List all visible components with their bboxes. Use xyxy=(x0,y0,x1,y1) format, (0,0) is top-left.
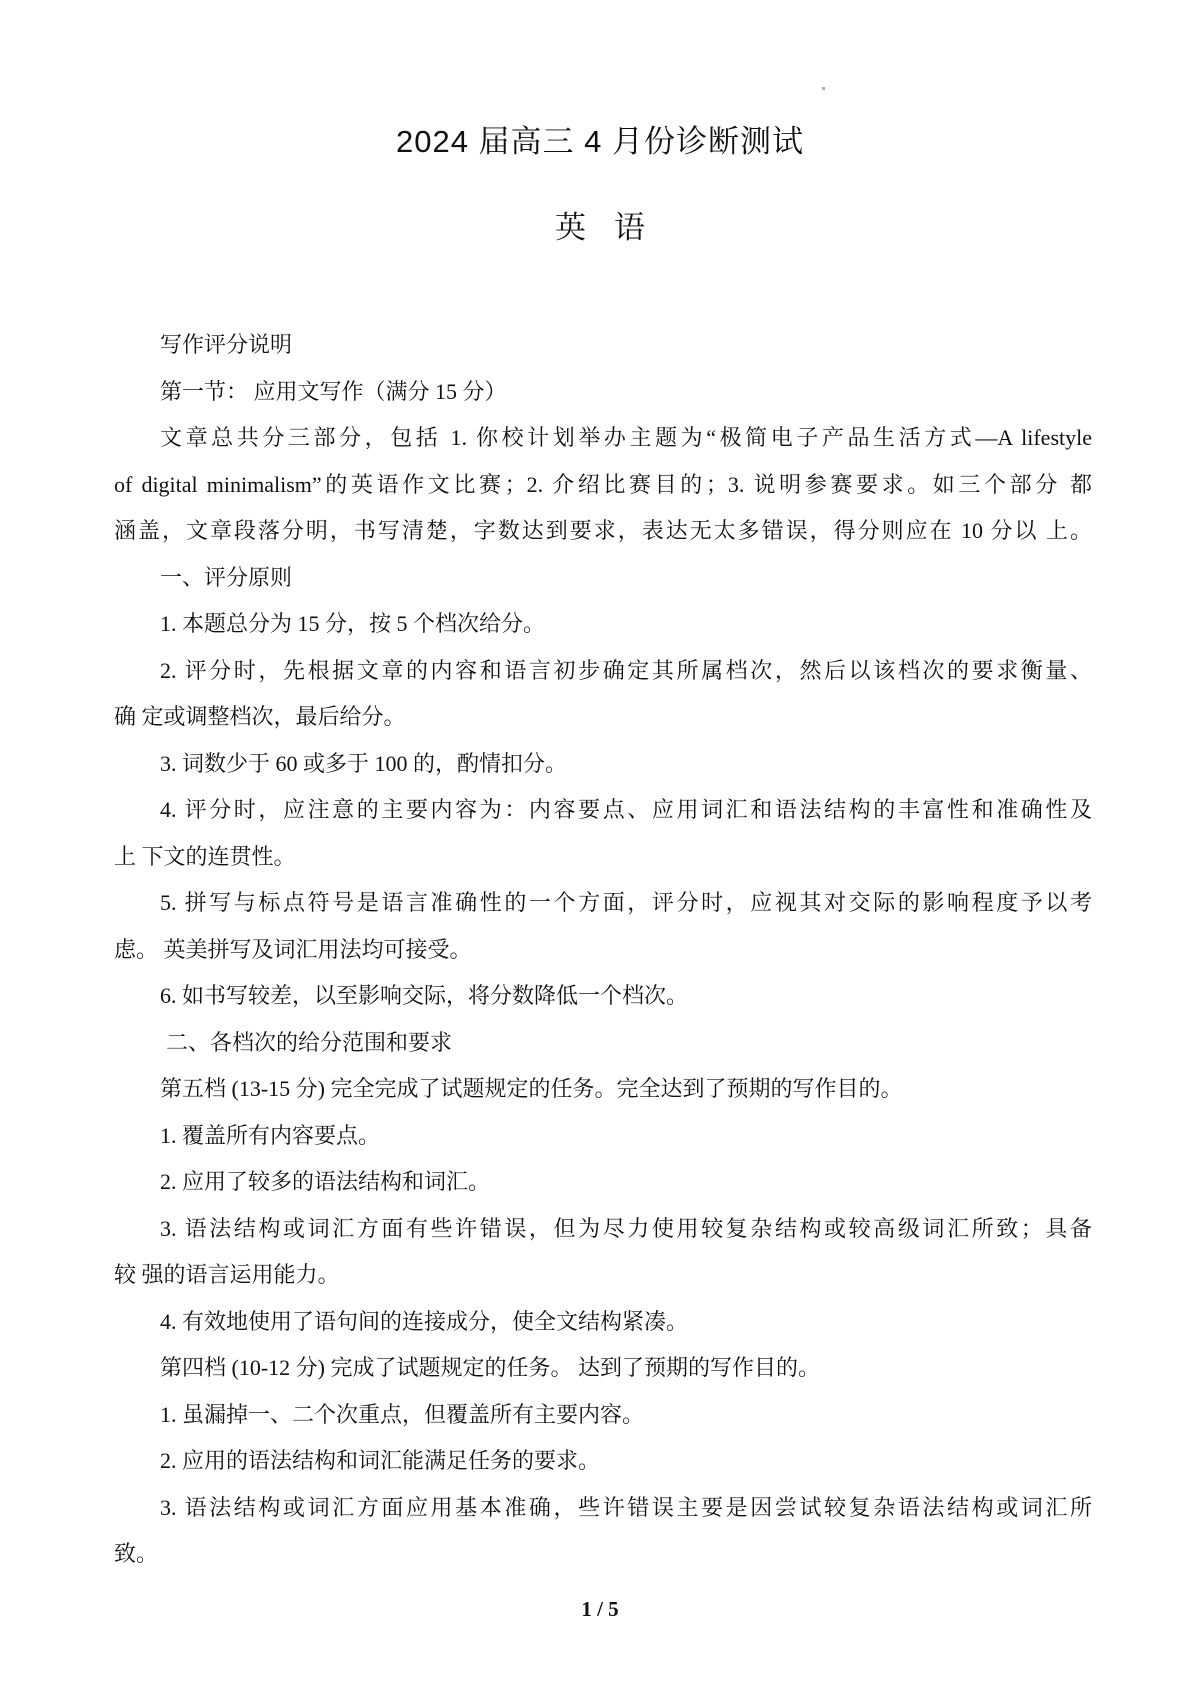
document-page: 2024 届高三 4 月份诊断测试 英语 写作评分说明 第一节： 应用文写作（满… xyxy=(0,0,1200,1698)
intro-line-3: 涵盖，文章段落分明，书写清楚，字数达到要求，表达无太多错误，得分则应在 10 分… xyxy=(114,508,1092,555)
level-5-item-continued: 较 强的语言运用能力。 xyxy=(114,1252,1092,1299)
page-number: 1 / 5 xyxy=(0,1596,1200,1622)
principle-item-continued: 虑。 英美拼写及词汇用法均可接受。 xyxy=(114,927,1092,974)
principle-item: 6. 如书写较差，以至影响交际，将分数降低一个档次。 xyxy=(114,973,1092,1020)
level-5-title: 第五档 (13-15 分) 完全完成了试题规定的任务。完全达到了预期的写作目的。 xyxy=(114,1066,1092,1113)
level-4-item-continued: 致。 xyxy=(114,1531,1092,1578)
principle-item: 5. 拼写与标点符号是语言准确性的一个方面，评分时，应视其对交际的影响程度予以考 xyxy=(114,880,1092,927)
level-4-item: 1. 虽漏掉一、二个次重点，但覆盖所有主要内容。 xyxy=(114,1392,1092,1439)
principle-item: 3. 词数少于 60 或多于 100 的，酌情扣分。 xyxy=(114,741,1092,788)
subject-title: 英语 xyxy=(0,208,1200,248)
level-5-item: 3. 语法结构或词汇方面有些许错误，但为尽力使用较复杂结构或较高级词汇所致；具备 xyxy=(114,1206,1092,1253)
section-heading: 写作评分说明 xyxy=(114,322,1092,369)
document-title: 2024 届高三 4 月份诊断测试 xyxy=(0,122,1200,162)
principle-item: 4. 评分时，应注意的主要内容为：内容要点、应用词汇和语法结构的丰富性和准确性及 xyxy=(114,787,1092,834)
principle-item-continued: 确 定或调整档次，最后给分。 xyxy=(114,694,1092,741)
level-4-item: 2. 应用的语法结构和词汇能满足任务的要求。 xyxy=(114,1438,1092,1485)
intro-line-2: of digital minimalism”的英语作文比赛；2. 介绍比赛目的；… xyxy=(114,462,1092,509)
level-5-item: 4. 有效地使用了语句间的连接成分，使全文结构紧凑。 xyxy=(114,1299,1092,1346)
document-body: 写作评分说明 第一节： 应用文写作（满分 15 分） 文章总共分三部分，包括 1… xyxy=(114,322,1092,1578)
level-4-item: 3. 语法结构或词汇方面应用基本准确，些许错误主要是因尝试较复杂语法结构或词汇所 xyxy=(114,1485,1092,1532)
levels-heading: 二、各档次的给分范围和要求 xyxy=(114,1020,1092,1067)
section-title: 第一节： 应用文写作（满分 15 分） xyxy=(114,369,1092,416)
level-5-item: 2. 应用了较多的语法结构和词汇。 xyxy=(114,1159,1092,1206)
scan-speck xyxy=(822,87,825,90)
subject-char-2: 语 xyxy=(614,208,645,248)
principle-item: 2. 评分时，先根据文章的内容和语言初步确定其所属档次，然后以该档次的要求衡量、 xyxy=(114,648,1092,695)
principle-item-continued: 上 下文的连贯性。 xyxy=(114,834,1092,881)
principle-item: 1. 本题总分为 15 分，按 5 个档次给分。 xyxy=(114,601,1092,648)
subject-char-1: 英 xyxy=(555,208,586,248)
level-4-title: 第四档 (10-12 分) 完成了试题规定的任务。 达到了预期的写作目的。 xyxy=(114,1345,1092,1392)
level-5-item: 1. 覆盖所有内容要点。 xyxy=(114,1113,1092,1160)
principles-heading: 一、评分原则 xyxy=(114,555,1092,602)
intro-line-1: 文章总共分三部分，包括 1. 你校计划举办主题为“极简电子产品生活方式—A li… xyxy=(114,415,1092,462)
